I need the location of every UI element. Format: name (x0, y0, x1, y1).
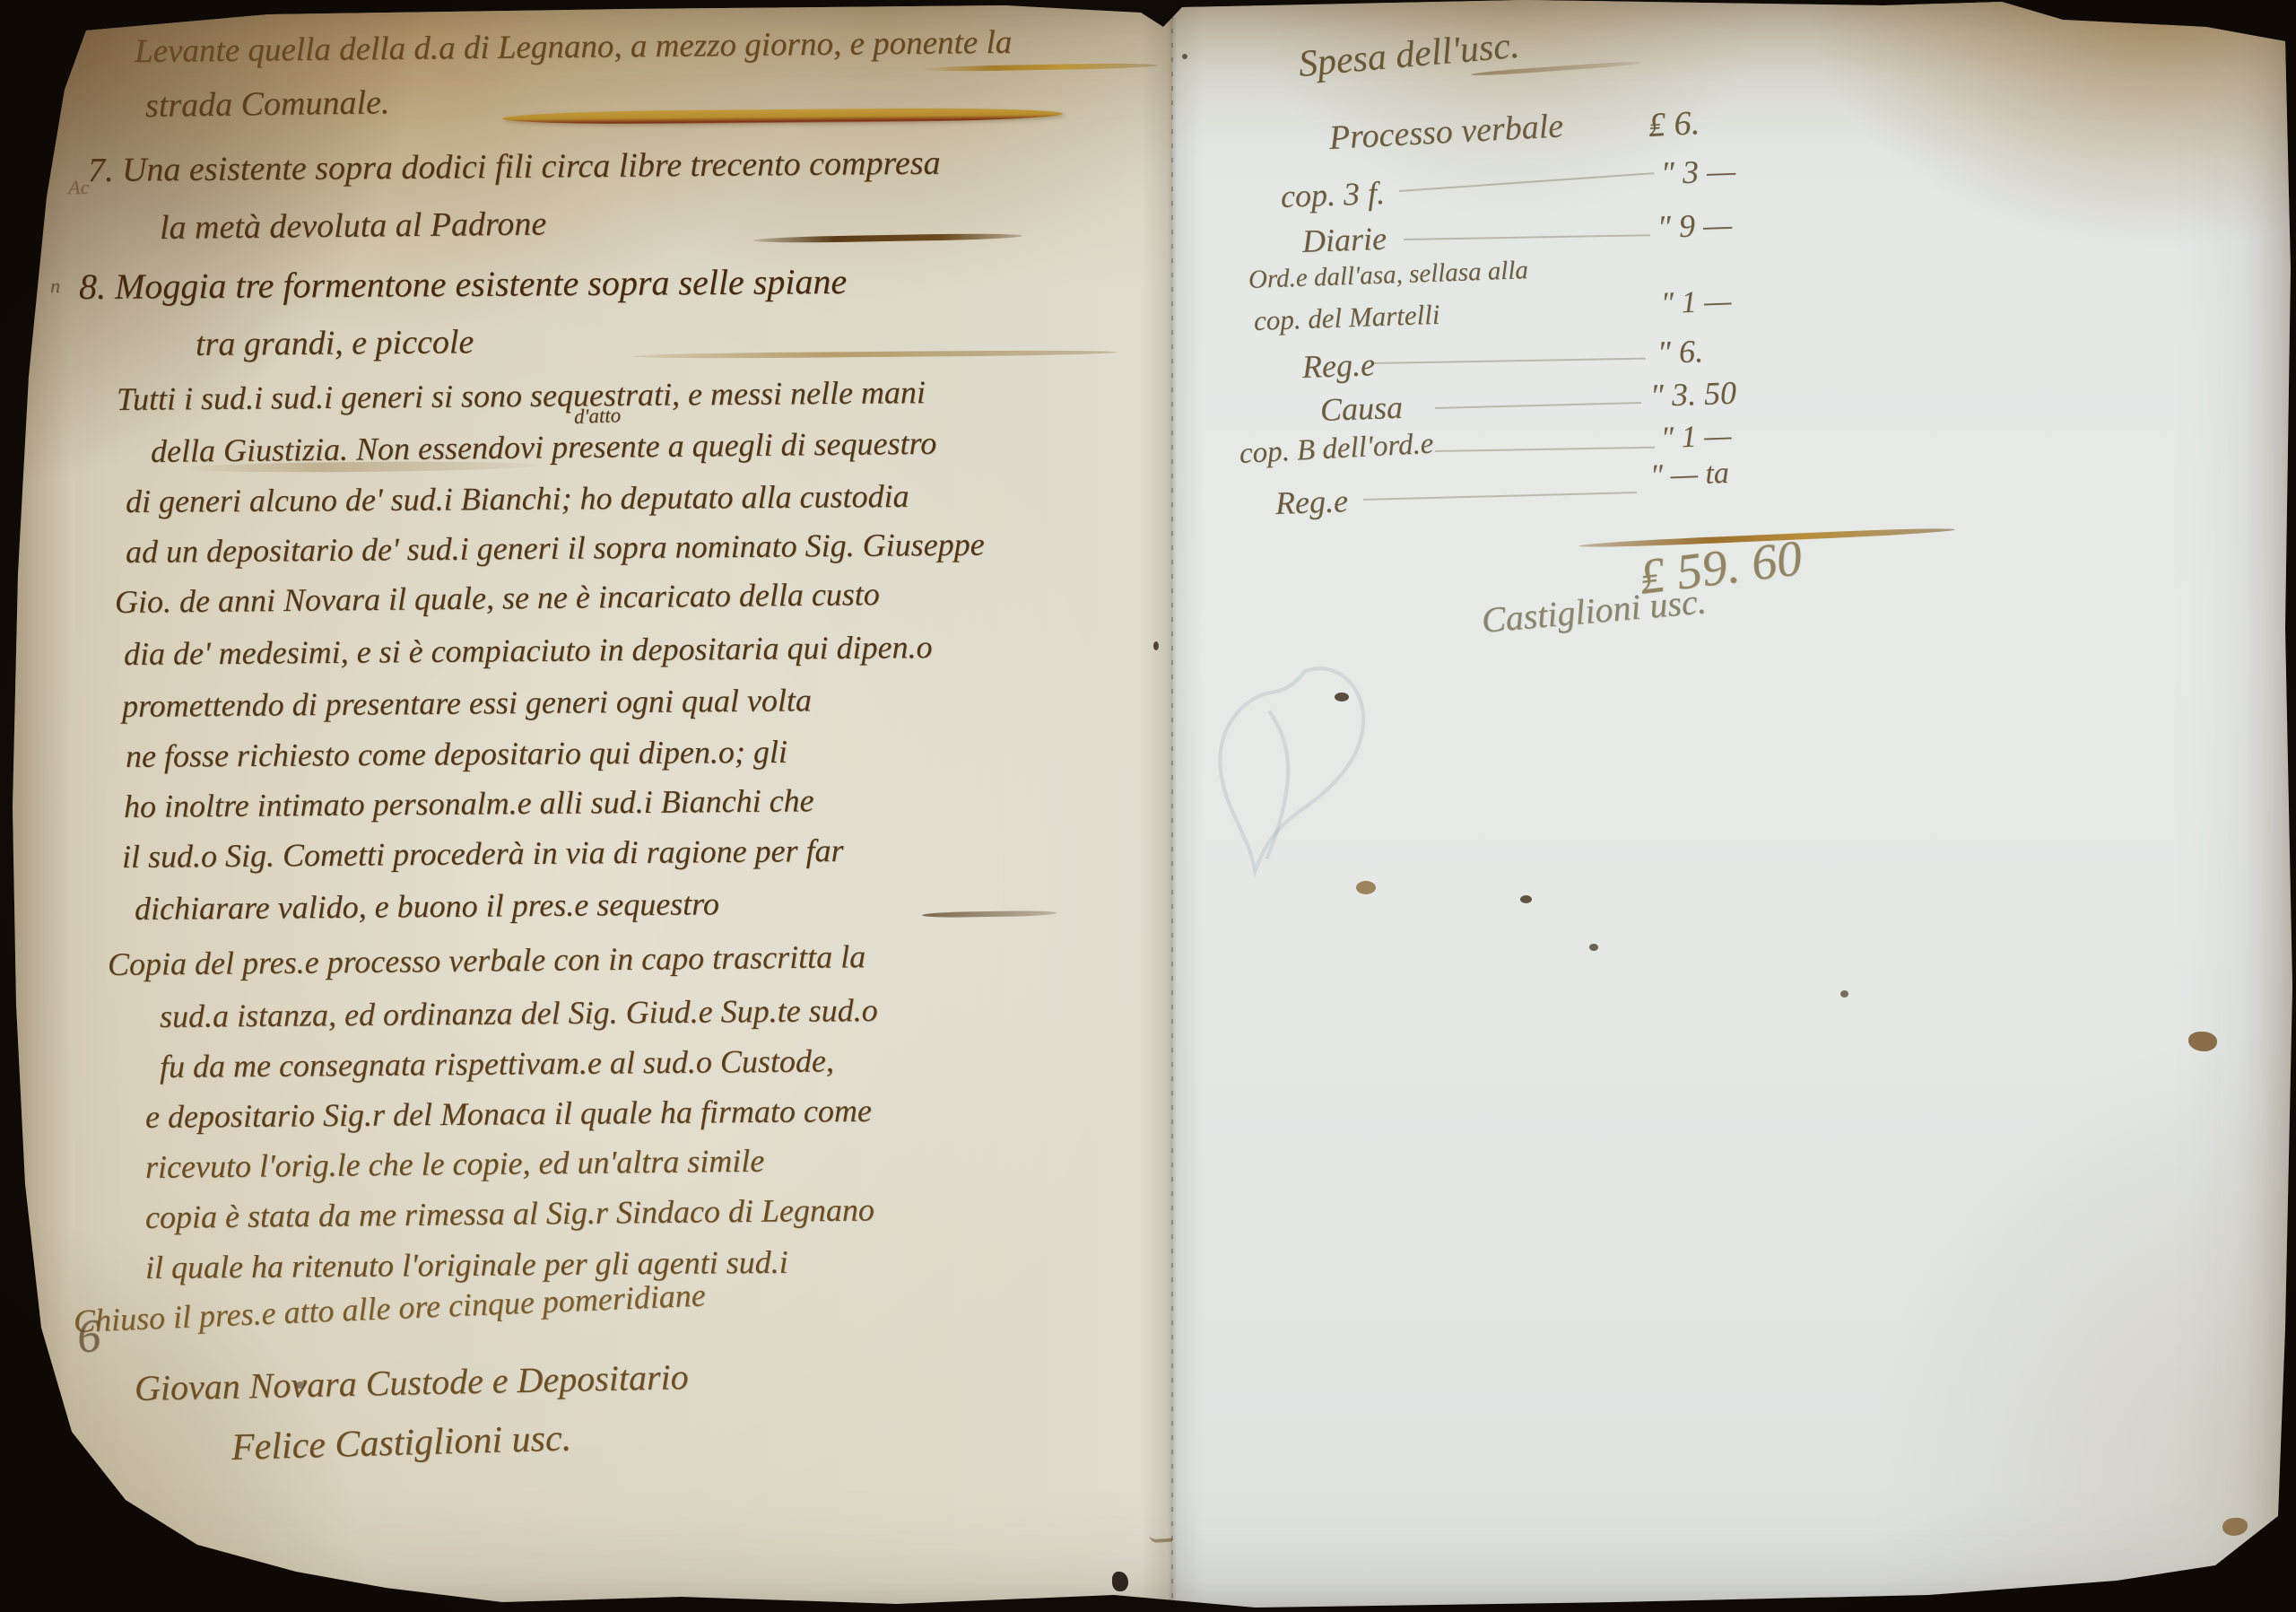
manuscript-line: ricevuto l'orig.le che le copie, ed un'a… (145, 1142, 765, 1186)
manuscript-line: tra grandi, e piccole (196, 322, 474, 364)
manuscript-line: di generi alcuno de' sud.i Bianchi; ho d… (126, 477, 909, 520)
ink-stroke (753, 232, 1022, 243)
manuscript-line: ad un depositario de' sud.i generi il so… (126, 526, 985, 571)
manuscript-line: copia è stata da me rimessa al Sig.r Sin… (145, 1190, 874, 1236)
expense-amount: ″ 9 — (1657, 205, 1732, 246)
manuscript-line: dia de' medesimi, e si è compiaciuto in … (124, 628, 933, 673)
manuscript-line: della Giustizia. Non essendovi presente … (151, 424, 937, 470)
manuscript-line: ne fosse richiesto come depositario qui … (126, 733, 787, 775)
paper-sheet: Levante quella della d.a di Legnano, a m… (0, 0, 2296, 1612)
manuscript-line: il sud.o Sig. Cometti procederà in via d… (122, 832, 844, 876)
expense-amount: ″ — ta (1649, 457, 1729, 493)
expense-label: Reg.e (1274, 482, 1348, 522)
expense-amount: ″ 1 — (1660, 284, 1732, 321)
expense-label: cop. del Martelli (1253, 299, 1440, 337)
interline-note: d'atto (574, 404, 622, 429)
manuscript-line: ho inoltre intimato personalm.e alli sud… (124, 781, 814, 825)
manuscript-line: dichiarare valido, e buono il pres.e seq… (135, 884, 719, 928)
expense-label: Reg.e (1301, 345, 1375, 386)
ink-stroke (632, 350, 1117, 360)
manuscript-line: 8. Moggia tre formentone esistente sopra… (79, 260, 847, 308)
manuscript-line: Copia del pres.e processo verbale con in… (108, 937, 866, 983)
manuscript-line: 7. Una esistente sopra dodici fili circa… (88, 144, 941, 190)
manuscript-line: fu da me consegnata rispettivam.e al sud… (160, 1041, 834, 1085)
margin-mark: Ac (68, 176, 89, 199)
manuscript-line: Levante quella della d.a di Legnano, a m… (135, 23, 1013, 71)
manuscript-line: Gio. de anni Novara il quale, se ne è in… (115, 575, 880, 621)
expense-amount: ″ 1 — (1660, 419, 1732, 456)
manuscript-line: sud.a istanza, ed ordinanza del Sig. Giu… (160, 991, 878, 1035)
manuscript-line: e depositario Sig.r del Monaca il quale … (145, 1092, 872, 1136)
custode-signature: Giovan Novara Custode e Depositario (135, 1355, 690, 1409)
ink-stroke (924, 63, 1157, 73)
expense-label: Diarie (1301, 220, 1387, 260)
expense-amount: ″ 3 — (1660, 152, 1735, 192)
expense-amount: ″ 6. (1657, 332, 1703, 371)
expense-amount: ₤ 6. (1648, 103, 1700, 145)
manuscript-line: promettendo di presentare essi generi og… (122, 681, 812, 725)
left-page: Levante quella della d.a di Legnano, a m… (0, 0, 1172, 1612)
manuscript-line: Tutti i sud.i sud.i generi si sono seque… (117, 373, 926, 418)
photo-background: Levante quella della d.a di Legnano, a m… (0, 0, 2296, 1612)
manuscript-line: strada Comunale. (145, 83, 390, 126)
gold-ink-stroke (502, 107, 1063, 125)
expense-label: cop. 3 f. (1280, 174, 1385, 215)
expense-label: Causa (1319, 388, 1403, 429)
ink-stroke (922, 911, 1057, 919)
usher-signature-left: Felice Castiglioni usc. (230, 1416, 571, 1469)
expense-amount: ″ 3. 50 (1649, 374, 1736, 414)
margin-mark: n (50, 274, 60, 298)
manuscript-line: la metà devoluta al Padrone (160, 204, 547, 248)
